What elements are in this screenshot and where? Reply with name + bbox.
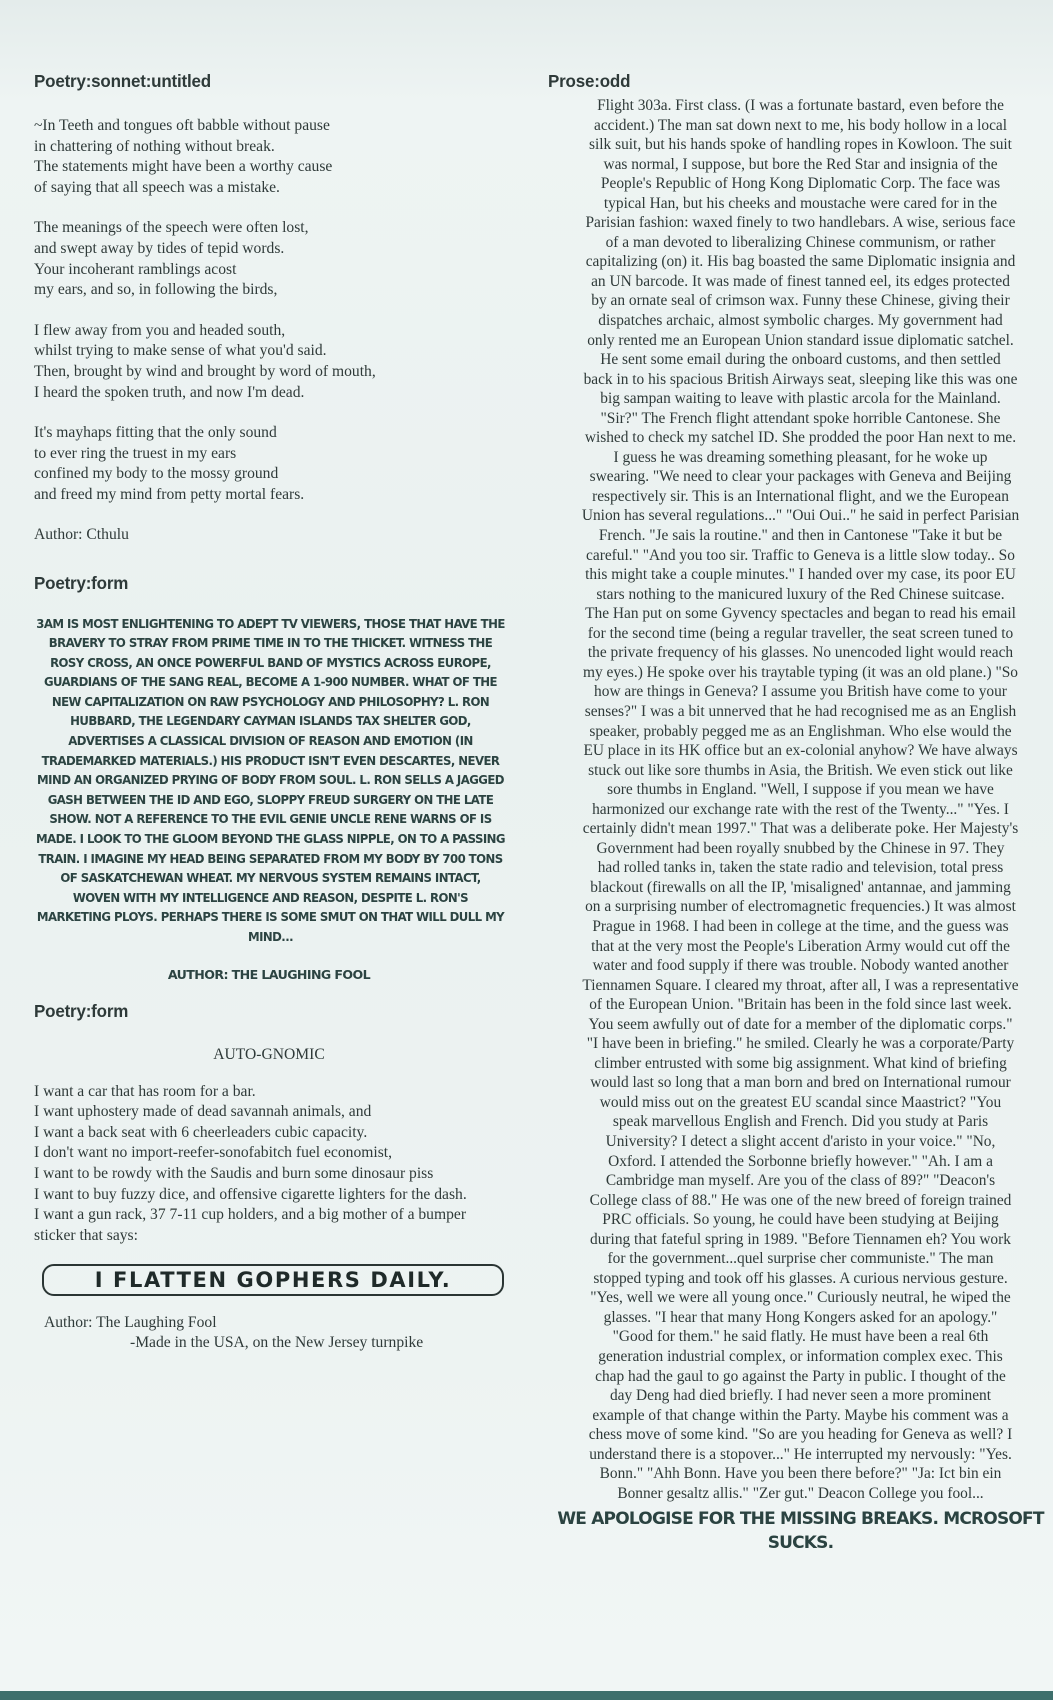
poem-line: Your incoherant ramblings acost: [34, 260, 504, 281]
poem-line: in chattering of nothing without break.: [34, 137, 504, 158]
sonnet-section: Poetry:sonnet:untitled ~In Teeth and ton…: [34, 72, 504, 544]
prose-line: Prague in 1968. I had been in college at…: [548, 917, 1053, 937]
poem-line: to ever ring the truest in my ears: [34, 444, 504, 465]
prose-line: silk suit, but his hands spoke of handli…: [548, 135, 1053, 155]
prose-line: for the second time (being a regular tra…: [548, 624, 1053, 644]
left-column: Poetry:sonnet:untitled ~In Teeth and ton…: [34, 72, 504, 1352]
prose-line: how are things in Geneva? I assume you B…: [548, 682, 1053, 702]
prose-line: typical Han, but his cheeks and moustach…: [548, 194, 1053, 214]
prose-line: Flight 303a. First class. (I was a fortu…: [548, 96, 1053, 116]
prose-line: generation industrial complex, or inform…: [548, 1347, 1053, 1367]
prose-line: Cambridge man myself. Are you of the cla…: [548, 1171, 1053, 1191]
prose-line: "Sir?" The French flight attendant spoke…: [548, 409, 1053, 429]
prose-line: Oxford. I attended the Sorbonne briefly …: [548, 1152, 1053, 1172]
prose-line: blackout (firewalls on all the IP, 'misa…: [548, 878, 1053, 898]
prose-line: College class of 88." He was one of the …: [548, 1191, 1053, 1211]
prose-line: of the European Union. "Britain has been…: [548, 995, 1053, 1015]
auto-gnomic-section: Poetry:form AUTO-GNOMIC I want a car tha…: [34, 1002, 504, 1353]
prose-line: accident.) The man sat down next to me, …: [548, 116, 1053, 136]
poem-line: It's mayhaps fitting that the only sound: [34, 423, 504, 444]
prose-line: only rented me an European Union standar…: [548, 331, 1053, 351]
prose-line: water and food supply if there was troub…: [548, 956, 1053, 976]
poem-line: and swept away by tides of tepid words.: [34, 239, 504, 260]
prose-line: The Han put on some Gyvency spectacles a…: [548, 604, 1053, 624]
prose-line: dispatches archaic, almost symbolic char…: [548, 311, 1053, 331]
prose-line: chess move of some kind. "So are you hea…: [548, 1425, 1053, 1445]
page-bottom-border: [0, 1691, 1053, 1700]
form-poem-body: 3AM IS MOST ENLIGHTENING TO ADEPT TV VIE…: [36, 614, 506, 947]
poem-line: I heard the spoken truth, and now I'm de…: [34, 383, 504, 404]
poem-line: The meanings of the speech were often lo…: [34, 218, 504, 239]
prose-line: had rolled tanks in, taken the state rad…: [548, 858, 1053, 878]
prose-line: sore thumbs in England. "Well, I suppose…: [548, 780, 1053, 800]
prose-line: EU place in its HK office but an ex-colo…: [548, 741, 1053, 761]
prose-line: You seem awfully out of date for a membe…: [548, 1015, 1053, 1035]
prose-line: Government had been royally snubbed by t…: [548, 839, 1053, 859]
prose-line: speak marvellous English and French. Did…: [548, 1112, 1053, 1132]
stanza: ~In Teeth and tongues oft babble without…: [34, 116, 504, 198]
prose-line: Union has several regulations..." "Oui O…: [548, 506, 1053, 526]
section-heading: Poetry:form: [34, 573, 504, 594]
prose-line: was normal, I suppose, but bore the Red …: [548, 155, 1053, 175]
prose-line: for the government...quel surprise cher …: [548, 1249, 1053, 1269]
prose-line: harmonized our exchange rate with the re…: [548, 800, 1053, 820]
prose-line: of a man devoted to liberalizing Chinese…: [548, 233, 1053, 253]
poem-line: whilst trying to make sense of what you'…: [34, 341, 504, 362]
prose-line: stars nothing to the manicured luxury of…: [548, 585, 1053, 605]
stanza: It's mayhaps fitting that the only sound…: [34, 423, 504, 505]
prose-body: Flight 303a. First class. (I was a fortu…: [548, 96, 1053, 1503]
prose-line: my eyes.) He spoke over his traytable ty…: [548, 663, 1053, 683]
section-heading: Poetry:form: [34, 1001, 504, 1022]
prose-line: during that fateful spring in 1989. "Bef…: [548, 1230, 1053, 1250]
prose-line: certainly didn't mean 1997." That was a …: [548, 819, 1053, 839]
prose-line: speaker, probably pegged me as an Englis…: [548, 722, 1053, 742]
prose-line: senses?" I was a bit unnerved that he ha…: [548, 702, 1053, 722]
poem-line: The statements might have been a worthy …: [34, 157, 504, 178]
poem-note: -Made in the USA, on the New Jersey turn…: [130, 1334, 504, 1352]
poem-line: I want to buy fuzzy dice, and offensive …: [34, 1185, 504, 1206]
prose-line: climber entrusted with some big assignme…: [548, 1054, 1053, 1074]
poem-line: ~In Teeth and tongues oft babble without…: [34, 116, 504, 137]
prose-line: Bonn." "Ahh Bonn. Have you been there be…: [548, 1464, 1053, 1484]
poem-author: Author: The Laughing Fool: [44, 1314, 504, 1332]
prose-line: day Deng had died briefly. I had never s…: [548, 1386, 1053, 1406]
prose-line: swearing. "We need to clear your package…: [548, 467, 1053, 487]
prose-line: capitalizing (on) it. His bag boasted th…: [548, 252, 1053, 272]
prose-line: "Good for them." he said flatly. He must…: [548, 1327, 1053, 1347]
poem-line: confined my body to the mossy ground: [34, 464, 504, 485]
right-column: Prose:odd Flight 303a. First class. (I w…: [548, 72, 1053, 1555]
poem-author: Author: Cthulu: [34, 526, 504, 544]
prose-line: stopped typing and took off his glasses.…: [548, 1269, 1053, 1289]
prose-line: an UN barcode. It was made of finest tan…: [548, 272, 1053, 292]
poem-line: Then, brought by wind and brought by wor…: [34, 362, 504, 383]
poem-line: I don't want no import-reefer-sonofabitc…: [34, 1143, 504, 1164]
poem-line: I want a car that has room for a bar.: [34, 1082, 504, 1103]
stanza: I flew away from you and headed south, w…: [34, 321, 504, 403]
sonnet-poem: ~In Teeth and tongues oft babble without…: [34, 116, 504, 506]
prose-line: careful." "And you too sir. Traffic to G…: [548, 546, 1053, 566]
prose-line: the private frequency of his glasses. No…: [548, 643, 1053, 663]
auto-gnomic-poem: I want a car that has room for a bar. I …: [34, 1082, 504, 1247]
prose-line: on a surprising number of electromagneti…: [548, 897, 1053, 917]
prose-line: wished to check my satchel ID. She prodd…: [548, 428, 1053, 448]
prose-line: glasses. "I hear that many Hong Kongers …: [548, 1308, 1053, 1328]
prose-line: back in to his spacious British Airways …: [548, 370, 1053, 390]
poem-line: I want a back seat with 6 cheerleaders c…: [34, 1123, 504, 1144]
prose-line: would last so long that a man born and b…: [548, 1073, 1053, 1093]
prose-line: would miss out on the greatest EU scanda…: [548, 1093, 1053, 1113]
prose-line: Tiennamen Square. I cleared my throat, a…: [548, 976, 1053, 996]
prose-line: respectively sir. This is an Internation…: [548, 487, 1053, 507]
prose-line: example of that change within the Party.…: [548, 1406, 1053, 1426]
poem-line: I want a gun rack, 37 7-11 cup holders, …: [34, 1205, 504, 1246]
poem-line: I flew away from you and headed south,: [34, 321, 504, 342]
prose-line: that at the very most the People's Liber…: [548, 937, 1053, 957]
poem-line: I want uphostery made of dead savannah a…: [34, 1102, 504, 1123]
prose-line: stuck out like sore thumbs in Asia, the …: [548, 761, 1053, 781]
prose-line: this might take a couple minutes." I han…: [548, 565, 1053, 585]
prose-line: "I have been in briefing." he smiled. Cl…: [548, 1034, 1053, 1054]
poem-line: my ears, and so, in following the birds,: [34, 280, 504, 301]
form-poem-section: Poetry:form 3AM IS MOST ENLIGHTENING TO …: [34, 574, 504, 982]
prose-line: understand there is a stopover..." He in…: [548, 1445, 1053, 1465]
poem-line: and freed my mind from petty mortal fear…: [34, 485, 504, 506]
section-heading: Poetry:sonnet:untitled: [34, 72, 504, 93]
prose-line: chap had the gaul to go against the Part…: [548, 1367, 1053, 1387]
apology-note: WE APOLOGISE FOR THE MISSING BREAKS. MCR…: [548, 1507, 1053, 1555]
prose-line: Bonner gesaltz allis." "Zer gut." Deacon…: [548, 1484, 1053, 1504]
prose-line: "Yes, well we were all young once." Curi…: [548, 1288, 1053, 1308]
poem-line: of saying that all speech was a mistake.: [34, 178, 504, 199]
prose-line: I guess he was dreaming something pleasa…: [548, 448, 1053, 468]
poem-title: AUTO-GNOMIC: [34, 1046, 504, 1064]
prose-line: People's Republic of Hong Kong Diplomati…: [548, 174, 1053, 194]
prose-line: PRC officials. So young, he could have b…: [548, 1210, 1053, 1230]
poem-line: I want to be rowdy with the Saudis and b…: [34, 1164, 504, 1185]
stanza: The meanings of the speech were often lo…: [34, 218, 504, 300]
prose-line: University? I detect a slight accent d'a…: [548, 1132, 1053, 1152]
prose-line: Parisian fashion: waxed finely to two ha…: [548, 213, 1053, 233]
bumper-sticker: I FLATTEN GOPHERS DAILY.: [42, 1264, 504, 1296]
prose-line: He sent some email during the onboard cu…: [548, 350, 1053, 370]
section-heading: Prose:odd: [548, 72, 1053, 93]
prose-line: French. "Je sais la routine." and then i…: [548, 526, 1053, 546]
form-poem-author: AUTHOR: THE LAUGHING FOOL: [34, 967, 504, 982]
prose-line: big sampan waiting to leave with plastic…: [548, 389, 1053, 409]
prose-line: by an ornate seal of crimson wax. Funny …: [548, 291, 1053, 311]
